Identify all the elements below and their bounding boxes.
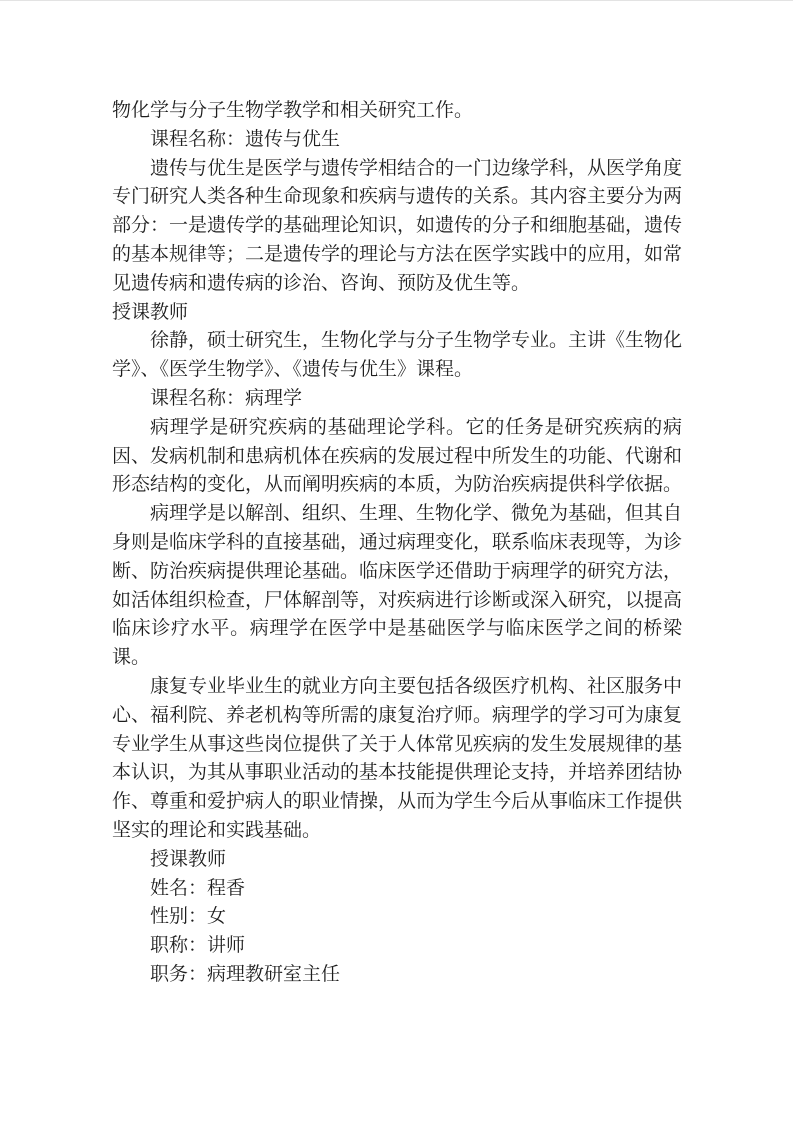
continuation-paragraph: 物化学与分子生物学教学和相关研究工作。: [112, 97, 682, 126]
pathology-teacher-name: 姓名：程香: [112, 875, 682, 904]
pathology-teacher-label: 授课教师: [112, 846, 682, 875]
course-heading-pathology: 课程名称：病理学: [112, 385, 682, 414]
pathology-teacher-title: 职称：讲师: [112, 932, 682, 961]
document-page: 物化学与分子生物学教学和相关研究工作。 课程名称：遗传与优生 遗传与优生是医学与…: [0, 0, 793, 1122]
pathology-paragraph-definition: 病理学是研究疾病的基础理论学科。它的任务是研究疾病的病因、发病机制和患病机体在疾…: [112, 414, 682, 500]
document-content: 物化学与分子生物学教学和相关研究工作。 课程名称：遗传与优生 遗传与优生是医学与…: [112, 97, 682, 990]
pathology-teacher-position: 职务：病理教研室主任: [112, 961, 682, 990]
pathology-paragraph-basis: 病理学是以解剖、组织、生理、生物化学、微免为基础，但其自身则是临床学科的直接基础…: [112, 500, 682, 673]
genetics-teacher-bio: 徐静，硕士研究生，生物化学与分子生物学专业。主讲《生物化学》、《医学生物学》、《…: [112, 327, 682, 385]
course-heading-genetics: 课程名称：遗传与优生: [112, 126, 682, 155]
pathology-paragraph-career: 康复专业毕业生的就业方向主要包括各级医疗机构、社区服务中心、福利院、养老机构等所…: [112, 673, 682, 846]
genetics-intro-paragraph: 遗传与优生是医学与遗传学相结合的一门边缘学科，从医学角度专门研究人类各种生命现象…: [112, 155, 682, 299]
genetics-teacher-label: 授课教师: [112, 299, 682, 328]
pathology-teacher-gender: 性别：女: [112, 903, 682, 932]
